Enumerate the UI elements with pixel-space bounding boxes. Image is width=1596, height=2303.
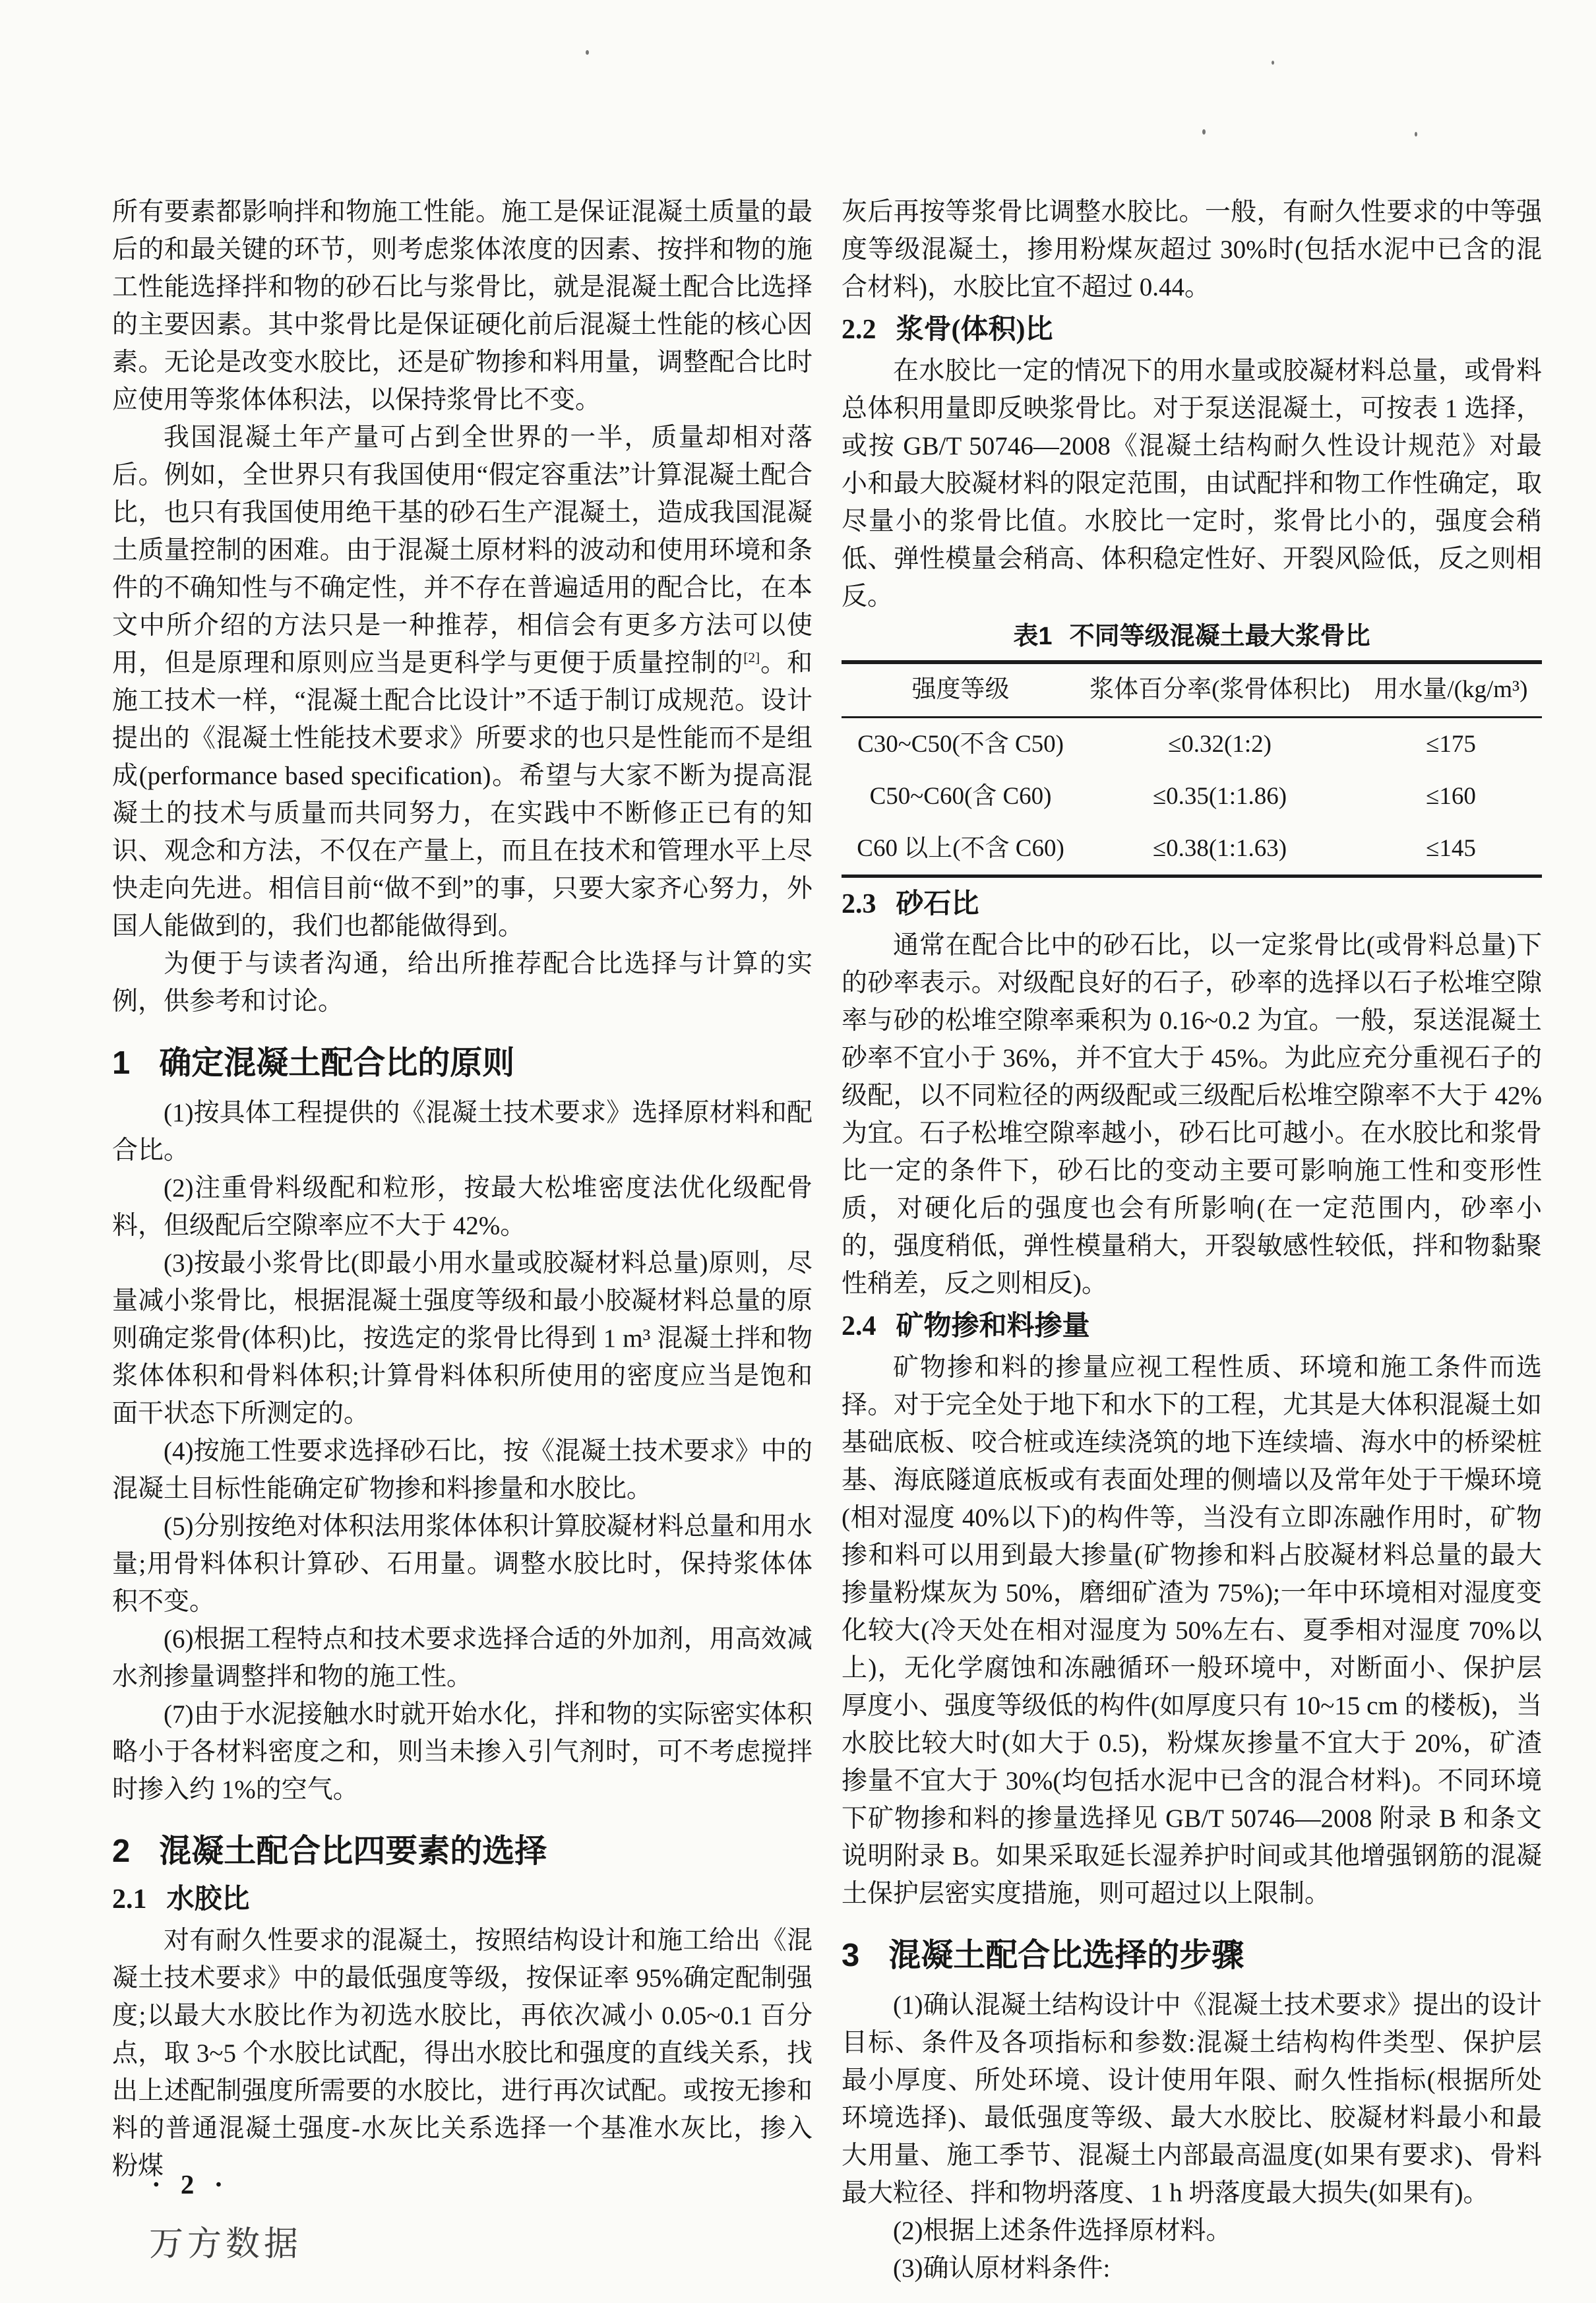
table-row: C60 以上(不含 C60) ≤0.38(1:1.63) ≤145	[842, 822, 1542, 876]
paragraph: 我国混凝土年产量可占到全世界的一半，质量却相对落后。例如，全世界只有我国使用“假…	[112, 419, 813, 945]
list-item: (1)确认混凝土结构设计中《混凝土技术要求》提出的设计目标、条件及各项指标和参数…	[842, 1986, 1542, 2212]
col-header-water: 用水量/(kg/m³)	[1360, 662, 1542, 718]
paragraph-continued: 所有要素都影响拌和物施工性能。施工是保证混凝土质量的最后的和最关键的环节，则考虑…	[112, 193, 813, 419]
list-item: (3)确认原材料条件:	[842, 2250, 1542, 2287]
section-title: 混凝土配合比四要素的选择	[159, 1833, 547, 1869]
cell-paste: ≤0.35(1:1.86)	[1080, 770, 1360, 822]
paragraph: 对有耐久性要求的混凝土，按照结构设计和施工给出《混凝土技术要求》中的最低强度等级…	[112, 1922, 813, 2185]
cell-grade: C30~C50(不含 C50)	[842, 718, 1080, 771]
section-heading-2: 2混凝土配合比四要素的选择	[112, 1831, 813, 1872]
col-header-paste-percent: 浆体百分率(浆骨体积比)	[1080, 662, 1360, 718]
subsection-number: 2.2	[842, 315, 876, 345]
citation-ref: [2]	[743, 650, 760, 665]
paragraph: 通常在配合比中的砂石比，以一定浆骨比(或骨料总量)下的砂率表示。对级配良好的石子…	[842, 927, 1542, 1303]
paragraph: 为便于与读者沟通，给出所推荐配合比选择与计算的实例，供参考和讨论。	[112, 945, 813, 1020]
cell-water: ≤175	[1360, 718, 1542, 771]
scan-speck	[1202, 129, 1206, 135]
subsection-title: 矿物掺和料掺量	[896, 1311, 1090, 1341]
cell-grade: C50~C60(含 C60)	[842, 770, 1080, 822]
page-number: · 2 ·	[152, 2168, 230, 2200]
wanfang-data-watermark: 万方数据	[149, 2216, 302, 2265]
scan-speck	[1272, 61, 1274, 65]
subsection-number: 2.1	[112, 1884, 147, 1915]
cell-paste: ≤0.32(1:2)	[1080, 718, 1360, 771]
section-number: 3	[842, 1938, 859, 1973]
subsection-title: 砂石比	[896, 889, 979, 919]
list-item: (1)按具体工程提供的《混凝土技术要求》选择原材料和配合比。	[112, 1094, 813, 1169]
subsection-heading-2-3: 2.3砂石比	[842, 887, 1542, 921]
table-row: C30~C50(不含 C50) ≤0.32(1:2) ≤175	[842, 718, 1542, 771]
section-heading-1: 1确定混凝土配合比的原则	[112, 1043, 813, 1084]
paragraph-text: 我国混凝土年产量可占到全世界的一半，质量却相对落后。例如，全世界只有我国使用“假…	[112, 423, 813, 677]
subsection-title: 浆骨(体积)比	[896, 315, 1053, 345]
table-caption-text: 不同等级混凝土最大浆骨比	[1070, 623, 1370, 650]
list-item: (7)由于水泥接触水时就开始水化，拌和物的实际密实体积略小于各材料密度之和，则当…	[112, 1696, 813, 1808]
paragraph-text: 。和施工技术一样，“混凝土配合比设计”不适于制订成规范。设计提出的《混凝土性能技…	[112, 649, 813, 940]
max-paste-aggregate-ratio-table: 强度等级 浆体百分率(浆骨体积比) 用水量/(kg/m³) C30~C50(不含…	[842, 660, 1542, 878]
table-label: 表1	[1013, 623, 1052, 650]
section-number: 1	[112, 1045, 130, 1081]
paragraph-continued: 灰后再按等浆骨比调整水胶比。一般，有耐久性要求的中等强度等级混凝土，掺用粉煤灰超…	[842, 193, 1542, 306]
right-column: 灰后再按等浆骨比调整水胶比。一般，有耐久性要求的中等强度等级混凝土，掺用粉煤灰超…	[842, 193, 1542, 2287]
subsection-number: 2.4	[842, 1311, 876, 1341]
section-title: 混凝土配合比选择的步骤	[888, 1938, 1244, 1973]
scan-speck	[586, 50, 589, 55]
section-heading-3: 3混凝土配合比选择的步骤	[842, 1935, 1542, 1976]
list-item: (2)注重骨料级配和粒形，按最大松堆密度法优化级配骨料，但级配后空隙率应不大于 …	[112, 1169, 813, 1244]
col-header-grade: 强度等级	[842, 662, 1080, 718]
scanned-paper-page: 所有要素都影响拌和物施工性能。施工是保证混凝土质量的最后的和最关键的环节，则考虑…	[0, 0, 1596, 2303]
cell-grade: C60 以上(不含 C60)	[842, 822, 1080, 876]
scan-speck	[1415, 132, 1417, 137]
cell-paste: ≤0.38(1:1.63)	[1080, 822, 1360, 876]
table-header-row: 强度等级 浆体百分率(浆骨体积比) 用水量/(kg/m³)	[842, 662, 1542, 718]
cell-water: ≤145	[1360, 822, 1542, 876]
section-number: 2	[112, 1833, 130, 1869]
paragraph: 矿物掺和料的掺量应视工程性质、环境和施工条件而选择。对于完全处于地下和水下的工程…	[842, 1349, 1542, 1913]
left-column: 所有要素都影响拌和物施工性能。施工是保证混凝土质量的最后的和最关键的环节，则考虑…	[112, 193, 813, 2185]
list-item: (4)按施工性要求选择砂石比，按《混凝土技术要求》中的混凝土目标性能确定矿物掺和…	[112, 1432, 813, 1508]
paragraph: 在水胶比一定的情况下的用水量或胶凝材料总量，或骨料总体积用量即反映浆骨比。对于泵…	[842, 352, 1542, 615]
table-caption: 表1不同等级混凝土最大浆骨比	[842, 621, 1542, 652]
subsection-heading-2-4: 2.4矿物掺和料掺量	[842, 1309, 1542, 1343]
list-item: (6)根据工程特点和技术要求选择合适的外加剂，用高效减水剂掺量调整拌和物的施工性…	[112, 1620, 813, 1696]
cell-water: ≤160	[1360, 770, 1542, 822]
list-item: (2)根据上述条件选择原材料。	[842, 2212, 1542, 2250]
subsection-heading-2-2: 2.2浆骨(体积)比	[842, 313, 1542, 347]
list-item: (3)按最小浆骨比(即最小用水量或胶凝材料总量)原则，尽量减小浆骨比，根据混凝土…	[112, 1244, 813, 1432]
subsection-title: 水胶比	[167, 1884, 250, 1915]
table-1-block: 表1不同等级混凝土最大浆骨比 强度等级 浆体百分率(浆骨体积比) 用水量/(kg…	[842, 621, 1542, 878]
section-title: 确定混凝土配合比的原则	[159, 1045, 514, 1081]
subsection-number: 2.3	[842, 889, 876, 919]
table-row: C50~C60(含 C60) ≤0.35(1:1.86) ≤160	[842, 770, 1542, 822]
subsection-heading-2-1: 2.1水胶比	[112, 1882, 813, 1917]
list-item: (5)分别按绝对体积法用浆体体积计算胶凝材料总量和用水量;用骨料体积计算砂、石用…	[112, 1508, 813, 1620]
